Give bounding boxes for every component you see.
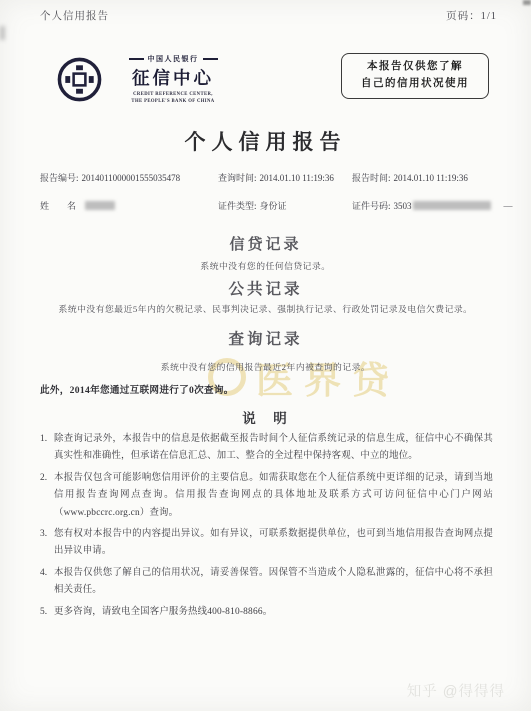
logo-english-line2: THE PEOPLE'S BANK OF CHINA <box>112 98 234 105</box>
logo-english-line1: CREDIT REFERENCE CENTER, <box>112 91 234 98</box>
note-text: 本报告仅供您了解自己的信用状况，请妥善保管。因保管不当造成个人隐私泄露的，征信中… <box>54 565 493 600</box>
bank-name-row: 中国人民银行 <box>112 54 234 64</box>
watermark-text: 医界贷 <box>256 350 400 404</box>
query-time-label: 查询时间: <box>218 171 257 184</box>
running-header-title: 个人信用报告 <box>40 8 109 23</box>
report-number-cell: 报告编号: 2014011000001555035478 <box>40 171 218 184</box>
note-text: 除查询记录外，本报告中的信息是依据截至报告时间个人征信系统记录的信息生成，征信中… <box>54 431 493 466</box>
query-time-cell: 查询时间: 2014.01.10 11:19:36 <box>218 171 352 184</box>
section-body-public-records: 系统中没有您最近5年内的欠税记录、民事判决记录、强制执行记录、行政处罚记录及电信… <box>0 302 531 315</box>
name-label: 姓 名 <box>40 199 76 212</box>
id-type-value: 身份证 <box>260 199 287 212</box>
redacted-id-number <box>413 201 491 210</box>
section-body-query-records: 系统中没有您的信用报告最近2年内被查询的记录。 <box>0 360 531 373</box>
note-number: 2. <box>40 470 54 522</box>
note-item: 2. 本报告仅包含可能影响您信用评价的主要信息。如需获取您在个人征信系统中更详细… <box>40 470 493 522</box>
name-cell: 姓 名 <box>40 199 218 212</box>
id-number-visible: 3503 <box>394 201 412 211</box>
internet-query-note: 此外，2014年您通过互联网进行了0次查询。 <box>40 382 234 396</box>
zhihu-watermark: 知乎 @得得得 <box>407 680 505 701</box>
section-heading-credit-records: 信贷记录 <box>0 233 531 254</box>
note-item: 5. 更多咨询，请致电全国客户服务热线400-810-8866。 <box>40 604 493 621</box>
section-body-credit-records: 系统中没有您的任何信贷记录。 <box>0 259 531 272</box>
usage-notice-line2: 自己的信用状况使用 <box>346 76 484 93</box>
note-number: 3. <box>40 526 54 561</box>
decorative-line <box>129 58 144 59</box>
report-number-value: 2014011000001555035478 <box>82 173 181 183</box>
report-time-label: 报告时间: <box>352 171 391 184</box>
center-watermark: 医界贷 <box>208 350 400 404</box>
note-text: 本报告仅包含可能影响您信用评价的主要信息。如需获取您在个人征信系统中更详细的记录… <box>54 470 493 522</box>
note-number: 4. <box>40 565 54 600</box>
id-number-cell: 证件号码: 3503 — <box>352 199 513 212</box>
note-item: 4. 本报告仅供您了解自己的信用状况，请妥善保管。因保管不当造成个人隐私泄露的，… <box>40 565 493 600</box>
query-time-value: 2014.01.10 11:19:36 <box>260 173 334 183</box>
logo-text-block: 中国人民银行 征信中心 CREDIT REFERENCE CENTER, THE… <box>112 54 234 106</box>
note-number: 5. <box>40 604 54 621</box>
scan-artifact-left-edge <box>0 26 5 40</box>
section-heading-public-records: 公共记录 <box>0 277 531 299</box>
usage-notice-box: 本报告仅供您了解 自己的信用状况使用 <box>341 53 489 99</box>
section-heading-query-records: 查询记录 <box>0 327 531 349</box>
usage-notice-line1: 本报告仅供您了解 <box>346 59 484 76</box>
id-type-cell: 证件类型: 身份证 <box>218 199 352 212</box>
bank-name: 中国人民银行 <box>148 54 199 64</box>
page-number: 页码：1/1 <box>446 8 497 23</box>
id-number-dash: — <box>504 201 513 211</box>
note-item: 1. 除查询记录外，本报告中的信息是依据截至报告时间个人征信系统记录的信息生成，… <box>40 431 493 466</box>
notes-list: 1. 除查询记录外，本报告中的信息是依据截至报告时间个人征信系统记录的信息生成，… <box>40 431 493 625</box>
scan-artifact-top-right <box>523 0 531 5</box>
note-number: 1. <box>40 431 54 466</box>
running-header: 个人信用报告 页码：1/1 <box>40 8 497 23</box>
decorative-line <box>203 58 218 59</box>
logo-english-name: CREDIT REFERENCE CENTER, THE PEOPLE'S BA… <box>112 91 234 106</box>
report-time-value: 2014.01.10 11:19:36 <box>394 173 468 183</box>
redacted-name <box>85 201 115 210</box>
coin-icon <box>56 56 103 103</box>
report-number-label: 报告编号: <box>40 171 79 184</box>
note-item: 3. 您有权对本报告中的内容提出异议。如有异议，可联系数据提供单位，也可到当地信… <box>40 526 493 561</box>
id-type-label: 证件类型: <box>218 199 257 212</box>
pboc-credit-center-logo: 中国人民银行 征信中心 CREDIT REFERENCE CENTER, THE… <box>56 54 234 106</box>
report-time-cell: 报告时间: 2014.01.10 11:19:36 <box>352 171 513 184</box>
id-number-label: 证件号码: <box>352 199 391 212</box>
credit-center-name: 征信中心 <box>112 65 234 90</box>
note-text: 您有权对本报告中的内容提出异议。如有异议，可联系数据提供单位，也可到当地信用报告… <box>54 526 493 561</box>
report-info-table: 报告编号: 2014011000001555035478 查询时间: 2014.… <box>40 171 501 212</box>
credit-report-scan: 个人信用报告 页码：1/1 中国人民银行 征信中心 CREDIT REFEREN… <box>0 0 531 711</box>
notes-heading: 说 明 <box>0 407 531 427</box>
report-title: 个人信用报告 <box>0 126 531 156</box>
note-text: 更多咨询，请致电全国客户服务热线400-810-8866。 <box>54 604 493 621</box>
